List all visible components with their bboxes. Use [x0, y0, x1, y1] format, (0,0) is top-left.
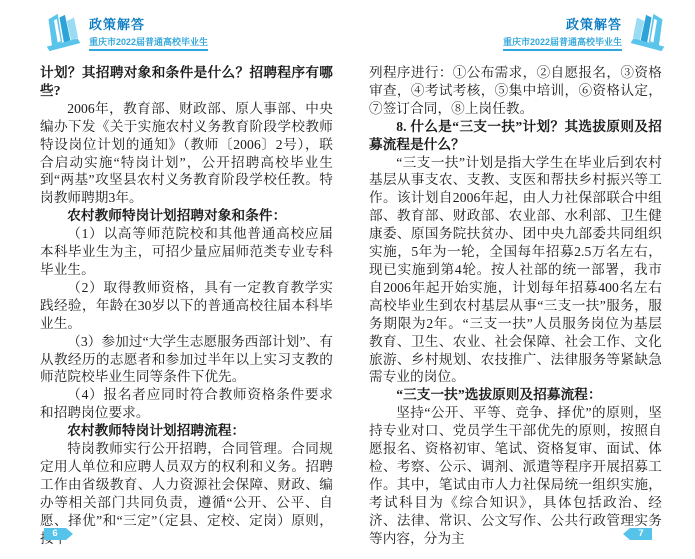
heading-paragraph: 8. 什么是“三支一扶”计划？其选拔原则及招募流程是什么？ — [369, 118, 662, 154]
header-textblock: 政策解答 重庆市2022届普通高校毕业生 — [89, 12, 208, 51]
booklet-buildings-logo-icon — [627, 12, 667, 54]
header-subtitle: 重庆市2022届普通高校毕业生 — [503, 36, 622, 51]
header-subtitle: 重庆市2022届普通高校毕业生 — [89, 36, 208, 51]
header-title: 政策解答 — [503, 17, 622, 32]
body-paragraph: （3）参加过“大学生志愿服务西部计划”、有从教经历的志愿者和参加过半年以上实习支… — [40, 333, 333, 387]
header-title: 政策解答 — [89, 17, 208, 32]
body-paragraph: 列程序进行：①公布需求，②自愿报名，③资格审查，④考试考核，⑤集中培训，⑥资格认… — [369, 64, 662, 118]
body-paragraph: 坚持“公开、平等、竞争、择优”的原则，坚持专业对口、党员学生干部优先的原则，按照… — [369, 404, 662, 547]
page-header-left: 政策解答 重庆市2022届普通高校毕业生 — [44, 12, 208, 54]
page-body-left: 计划？其招聘对象和条件是什么？招聘程序有哪些?2006年，教育部、财政部、原人事… — [40, 64, 333, 547]
header-textblock: 政策解答 重庆市2022届普通高校毕业生 — [503, 12, 622, 51]
body-paragraph: （1）以高等师范院校和其他普通高校应届本科毕业生为主，可招少量应届师范类专业专科… — [40, 225, 333, 279]
body-paragraph: （2）取得教师资格，具有一定教育教学实践经验，年龄在30岁以下的普通高校往届本科… — [40, 279, 333, 333]
booklet-buildings-logo-icon — [44, 12, 84, 54]
body-paragraph: “三支一扶”计划是指大学生在毕业后到农村基层从事支农、支教、支医和帮扶乡村振兴等… — [369, 154, 662, 387]
heading-paragraph: 农村教师特岗计划招聘流程： — [40, 422, 333, 440]
booklet-spread: 政策解答 重庆市2022届普通高校毕业生 政策解答 重庆市2022届普通高校毕业… — [0, 0, 695, 559]
page-number: 7 — [638, 528, 643, 539]
heading-paragraph: “三支一扶”选拔原则及招募流程： — [369, 386, 662, 404]
body-paragraph: 特岗教师实行公开招聘，合同管理。合同规定用人单位和应聘人员双方的权利和义务。招聘… — [40, 440, 333, 547]
heading-paragraph: 计划？其招聘对象和条件是什么？招聘程序有哪些? — [40, 64, 333, 100]
body-paragraph: （4）报名者应同时符合教师资格条件要求和招聘岗位要求。 — [40, 386, 333, 422]
page-header-right: 政策解答 重庆市2022届普通高校毕业生 — [503, 12, 667, 54]
page-number: 6 — [52, 528, 57, 539]
page-body-right: 列程序进行：①公布需求，②自愿报名，③资格审查，④考试考核，⑤集中培训，⑥资格认… — [369, 64, 662, 547]
heading-paragraph: 农村教师特岗计划招聘对象和条件： — [40, 207, 333, 225]
body-paragraph: 2006年，教育部、财政部、原人事部、中央编办下发《关于实施农村义务教育阶段学校… — [40, 100, 333, 207]
